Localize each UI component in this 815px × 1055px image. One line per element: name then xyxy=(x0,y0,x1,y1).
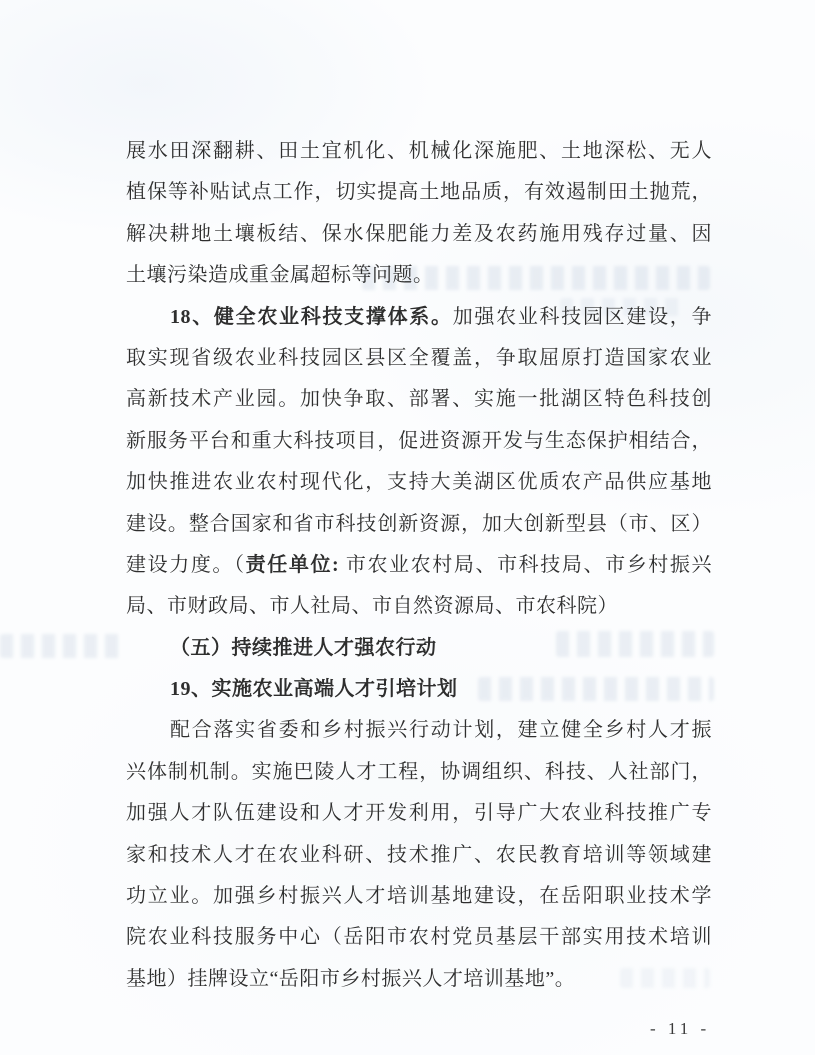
text-line: 展水田深翻耕、田土宜机化、机械化深施肥、土地深松、无人 xyxy=(126,131,712,172)
section-18-title: 18、健全农业科技支撑体系。 xyxy=(170,306,453,328)
text-line: 高新技术产业园。加快争取、部署、实施一批湖区特色科技创 xyxy=(126,379,712,420)
text-line: 解决耕地土壤板结、保水保肥能力差及农药施用残存过量、因 xyxy=(126,214,712,255)
text-line: 兴体制机制。实施巴陵人才工程，协调组织、科技、人社部门， xyxy=(126,752,712,793)
text-line: 18、健全农业科技支撑体系。加强农业科技园区建设，争 xyxy=(126,297,712,338)
document-body: 展水田深翻耕、田土宜机化、机械化深施肥、土地深松、无人 植保等补贴试点工作，切实… xyxy=(126,131,712,1000)
text-line: 植保等补贴试点工作，切实提高土地品质，有效遏制田土抛荒， xyxy=(126,172,712,213)
text-line: 建设。整合国家和省市科技创新资源，加大创新型县（市、区） xyxy=(126,504,712,545)
text-line: 配合落实省委和乡村振兴行动计划，建立健全乡村人才振 xyxy=(126,710,712,751)
scanned-document-page: 展水田深翻耕、田土宜机化、机械化深施肥、土地深松、无人 植保等补贴试点工作，切实… xyxy=(0,0,815,1055)
section-19-heading: 19、实施农业高端人才引培计划 xyxy=(126,669,712,710)
text-segment: 建设力度。（ xyxy=(126,554,246,576)
text-line: 基地）挂牌设立“岳阳市乡村振兴人才培训基地”。 xyxy=(126,959,712,1000)
page-number: - 11 - xyxy=(650,1019,710,1039)
text-segment: 加强农业科技园区建设，争 xyxy=(453,306,712,328)
text-line: 加强人才队伍建设和人才开发利用，引导广大农业科技推广专 xyxy=(126,793,712,834)
section-5-heading: （五）持续推进人才强农行动 xyxy=(126,628,712,669)
text-line: 功立业。加强乡村振兴人才培训基地建设，在岳阳职业技术学 xyxy=(126,876,712,917)
text-line: 加快推进农业农村现代化，支持大美湖区优质农产品供应基地 xyxy=(126,462,712,503)
bleed-through-artifact xyxy=(0,634,122,658)
text-line: 建设力度。（责任单位: 市农业农村局、市科技局、市乡村振兴 xyxy=(126,545,712,586)
text-segment: 市农业农村局、市科技局、市乡村振兴 xyxy=(339,554,712,576)
responsible-unit-label: 责任单位: xyxy=(246,554,340,576)
text-line: 取实现省级农业科技园区县区全覆盖，争取屈原打造国家农业 xyxy=(126,338,712,379)
text-line: 院农业科技服务中心（岳阳市农村党员基层干部实用技术培训 xyxy=(126,917,712,958)
text-line: 家和技术人才在农业科研、技术推广、农民教育培训等领域建 xyxy=(126,835,712,876)
text-line: 新服务平台和重大科技项目，促进资源开发与生态保护相结合， xyxy=(126,421,712,462)
text-line: 土壤污染造成重金属超标等问题。 xyxy=(126,255,712,296)
text-line: 局、市财政局、市人社局、市自然资源局、市农科院） xyxy=(126,586,712,627)
